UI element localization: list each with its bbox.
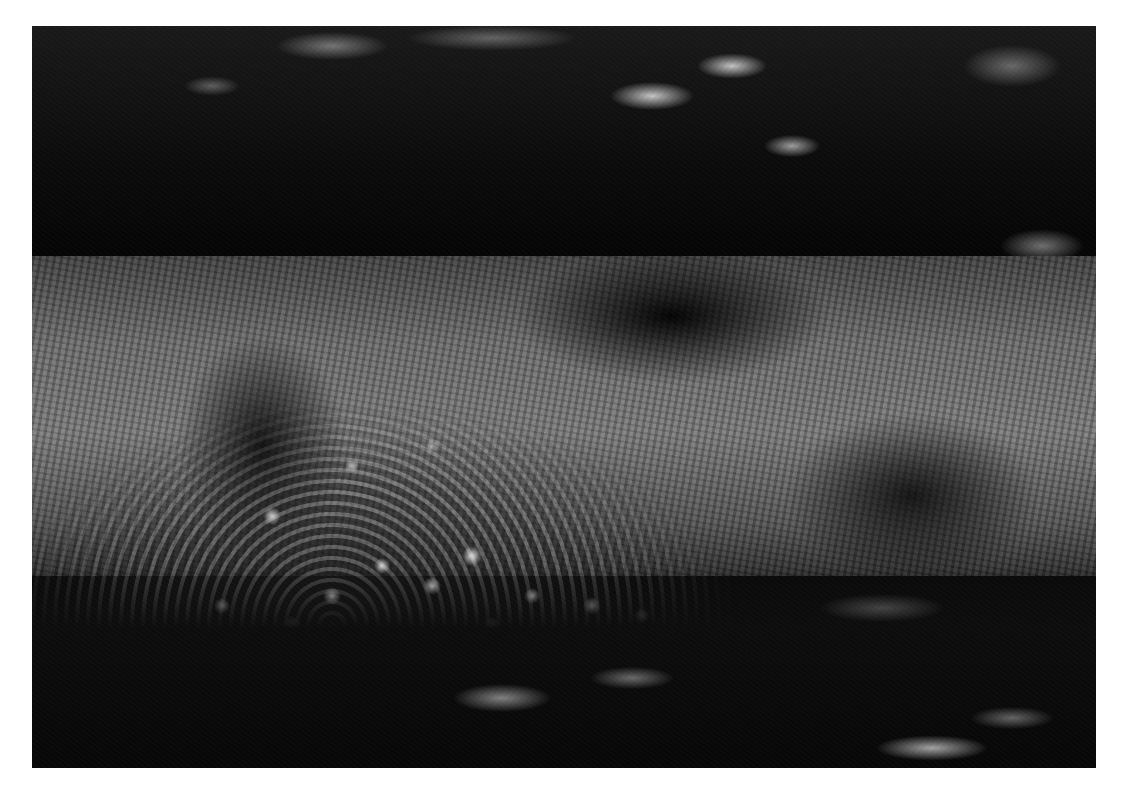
- photograph: [32, 26, 1096, 768]
- stream-water: [32, 568, 1096, 768]
- canopy-foliage: [32, 26, 1096, 256]
